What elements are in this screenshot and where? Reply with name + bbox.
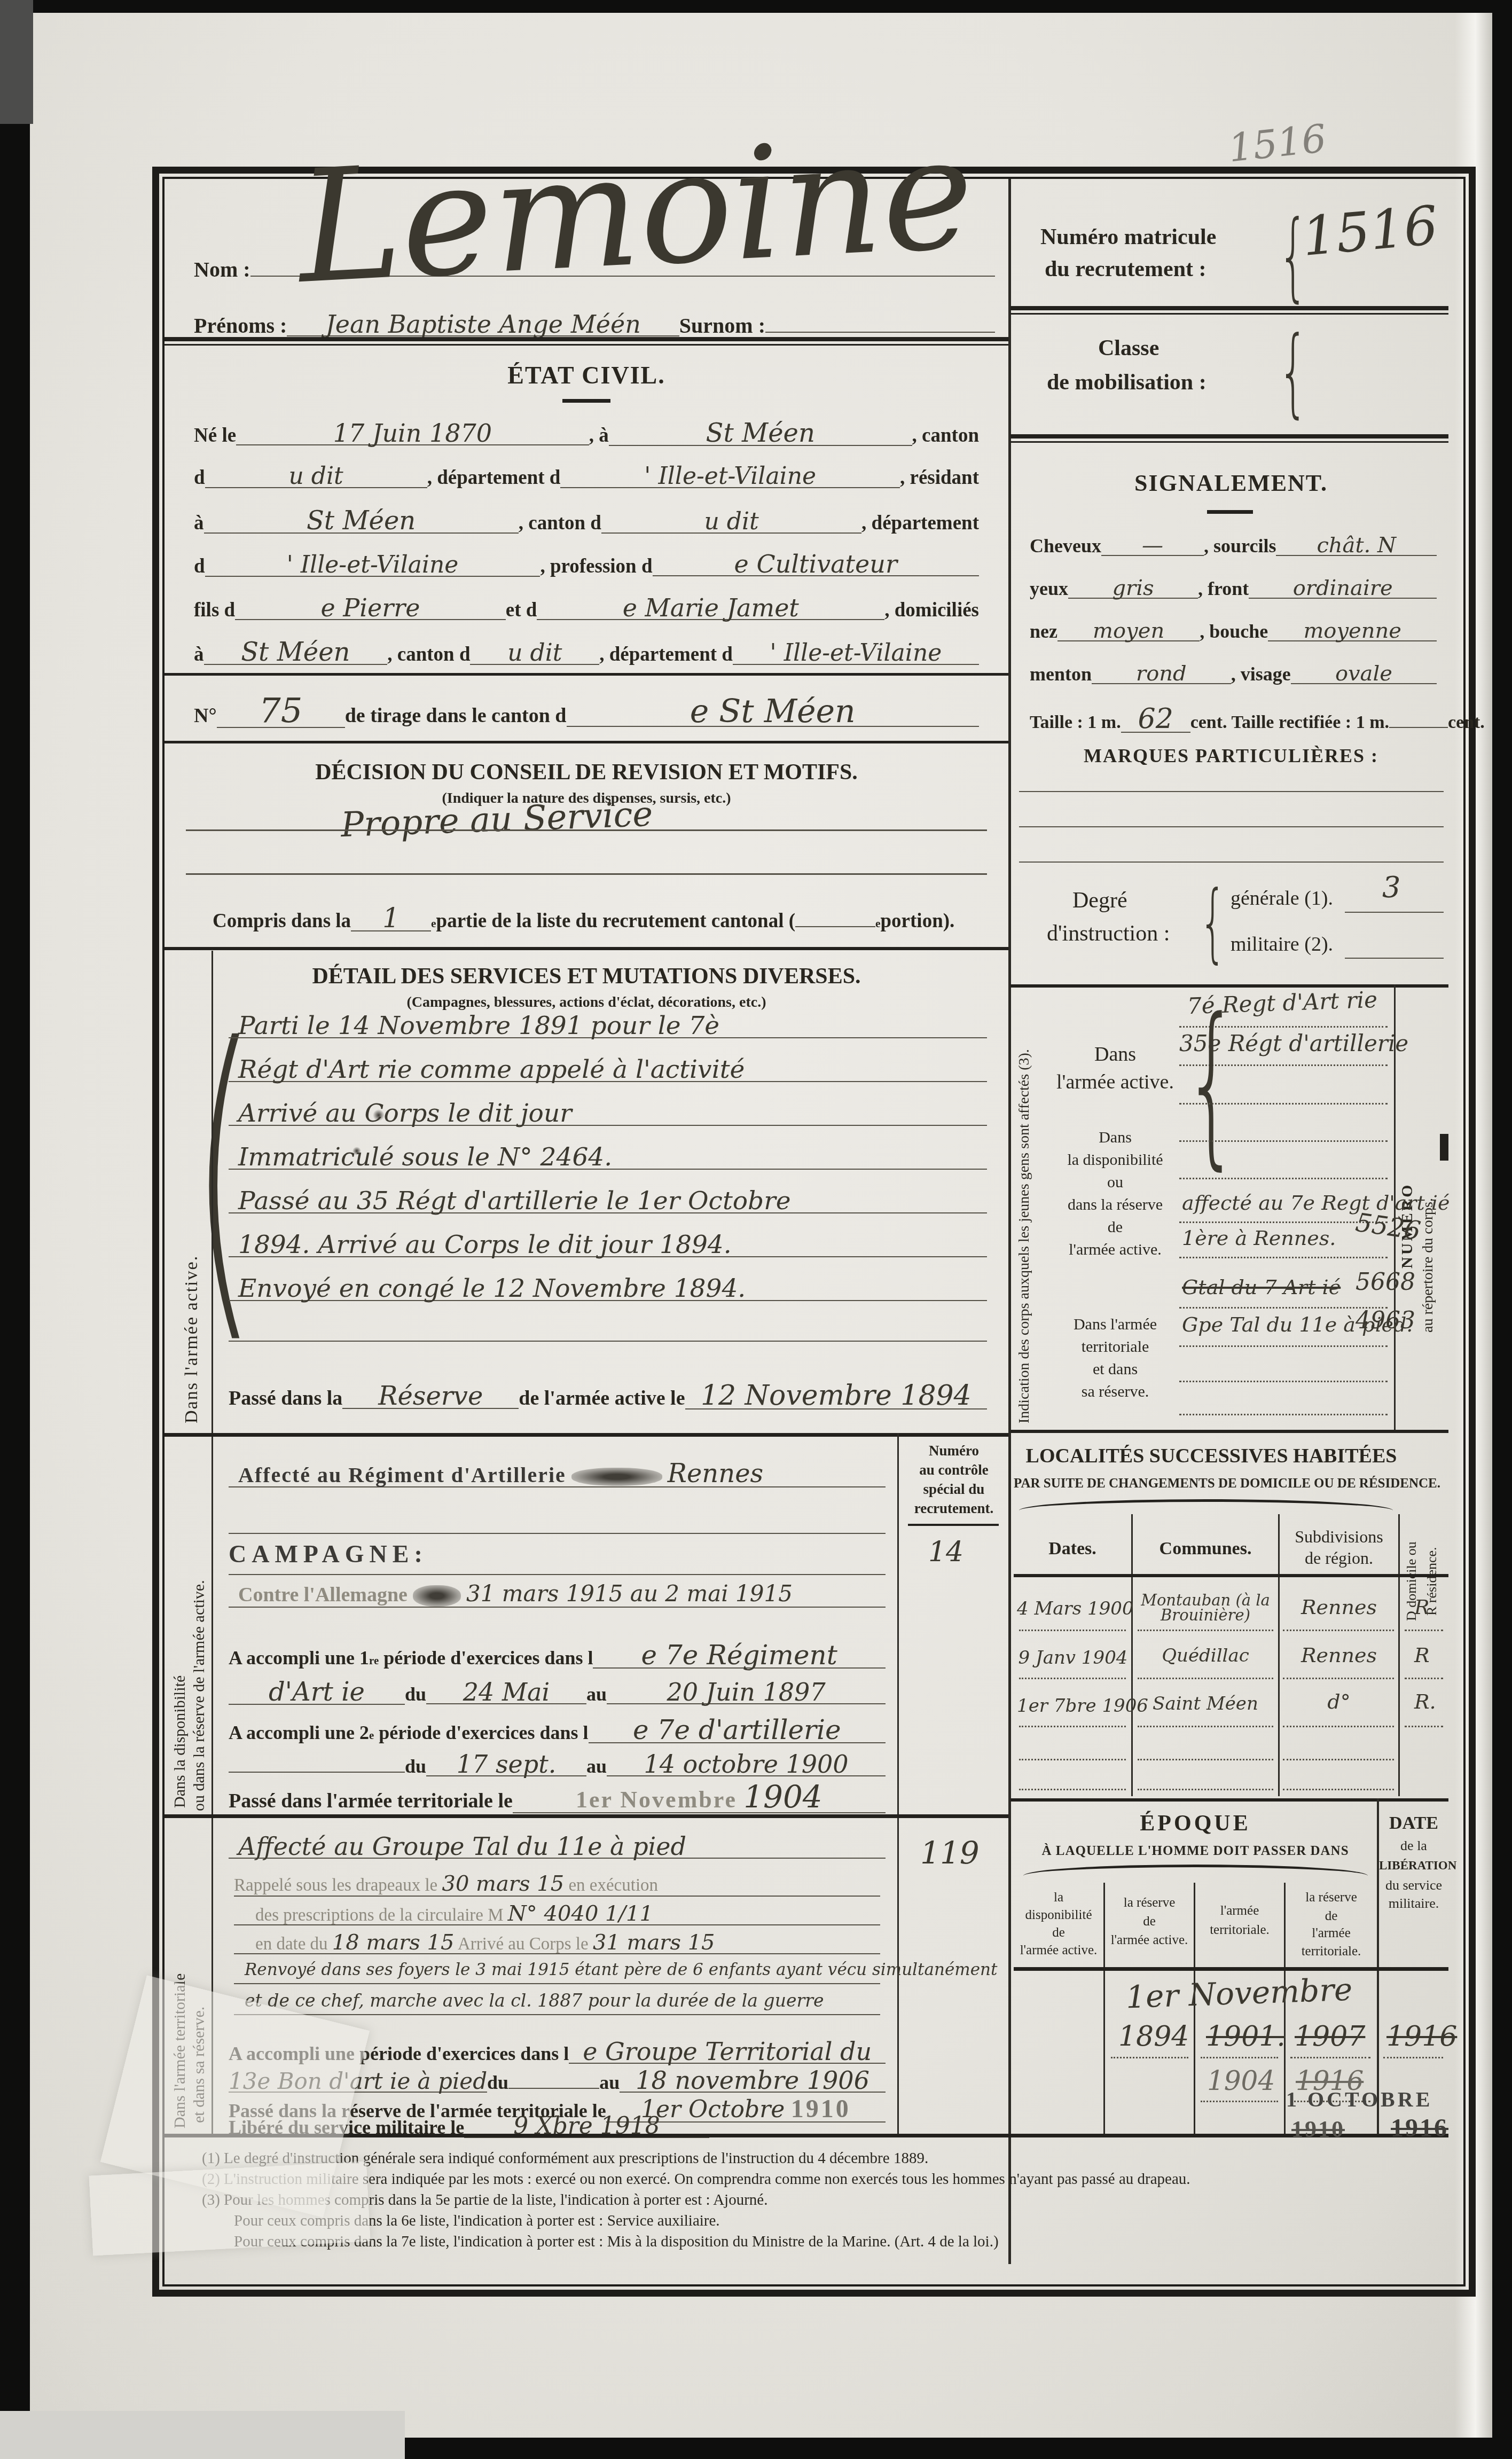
writing-line: [1019, 862, 1444, 863]
ec-line-3: à St Méen , canton d u dit , département: [194, 510, 979, 534]
tirage-number: 75: [217, 696, 345, 728]
label: , canton d: [387, 645, 470, 664]
date-col-3: LIBÉRATION: [1379, 1859, 1448, 1871]
degre-label-1: Degré: [1072, 889, 1127, 912]
ink-spot: [352, 1147, 361, 1155]
date-col-1: DATE: [1379, 1814, 1448, 1832]
prenoms-label: Prénoms :: [194, 315, 287, 336]
form-inner: Lemoine Nom : Prénoms : Jean Baptiste An…: [162, 177, 1466, 2286]
col-dates: Dates.: [1014, 1540, 1131, 1558]
loc-row-subdiv: Rennes: [1281, 1645, 1397, 1665]
label: A accompli une 1: [229, 1648, 369, 1667]
service-line: Régt d'Art rie comme appelé à l'activité: [229, 1059, 987, 1082]
affectation-terr-row: Affecté au Groupe Tal du 11e à pied: [229, 1836, 886, 1859]
label: Taille : 1 m.: [1030, 714, 1121, 732]
liste-partie-value: 1: [351, 906, 431, 931]
label: Compris dans la: [213, 911, 351, 931]
periode1-debut: 24 Mai: [426, 1681, 586, 1704]
epoque-col4: la réserve: [1286, 1891, 1377, 1904]
dotted-line: [1290, 2057, 1370, 2058]
stamp-1916: 1916: [1391, 2116, 1448, 2141]
service-line: Parti le 14 Novembre 1891 pour le 7è: [229, 1015, 987, 1038]
canton-value: u dit: [205, 466, 427, 488]
loc-row-commune: Saint Méen: [1135, 1695, 1275, 1713]
dotted-line: [1383, 2057, 1443, 2058]
brace-arc: [1023, 1865, 1368, 1876]
dotted-line: [1111, 2057, 1188, 2058]
dotted-line: [1179, 1414, 1388, 1415]
controle-column-line: [897, 1433, 899, 2134]
corps-dispo-value-2: 1ère à Rennes.: [1182, 1228, 1336, 1248]
ec-line-4: d ' Ille-et-Vilaine , profession d e Cul…: [194, 553, 979, 577]
col-subdiv-1: Subdivisions: [1280, 1528, 1398, 1545]
corps-terr-number-2: 4963: [1356, 1309, 1415, 1333]
label: yeux: [1030, 579, 1068, 598]
writing-line: [1345, 958, 1444, 959]
label: Né le: [194, 426, 236, 445]
service-text: Arrivé au Corps le dit jour: [229, 1102, 987, 1126]
repertoire-header-2: au répertoire du corps.: [1421, 1198, 1436, 1333]
stamp-year: 1910: [791, 2095, 851, 2123]
epoque-nov-value: 1er Novembre: [1125, 1974, 1353, 2013]
matricule-label-1: Numéro matricule: [1040, 226, 1216, 248]
sig-row-menton: menton rond , visage ovale: [1030, 664, 1437, 684]
sourcils-value: chât. N: [1276, 536, 1437, 556]
rule: [164, 1814, 1008, 1818]
title-dash: [1207, 510, 1253, 514]
epoque-1916-struck: 1916: [1386, 2023, 1457, 2050]
col-communes: Communes.: [1133, 1540, 1278, 1558]
label: période d'exercices dans l: [379, 1648, 593, 1667]
label: , à: [589, 426, 609, 445]
label: et d: [506, 600, 537, 620]
tirage-row: N° 75 de tirage dans le canton d e St Mé…: [194, 696, 979, 728]
epoque-col1: de: [1014, 1926, 1103, 1939]
label: de l'armée active le: [519, 1388, 685, 1408]
corps-dispo-label: ou: [1054, 1174, 1177, 1191]
label: du: [405, 1757, 426, 1776]
sup: e: [875, 918, 881, 929]
writing-line: [234, 1983, 880, 1984]
epoque-col4: territoriale.: [1286, 1945, 1377, 1958]
label: , canton d: [519, 513, 601, 533]
surnom-line: [765, 332, 995, 333]
numero-label: N°: [194, 706, 217, 726]
epoque-col1: l'armée active.: [1014, 1944, 1103, 1957]
epoque-title: ÉPOQUE: [1014, 1812, 1377, 1835]
margin-label-dispo-1: Dans la disponibilité: [172, 1675, 188, 1808]
periode1-fin: 20 Juin 1897: [607, 1681, 886, 1704]
dotted-line: [1138, 1726, 1273, 1727]
sup: re: [369, 1655, 379, 1666]
sig-row-nez: nez moyen , bouche moyenne: [1030, 621, 1437, 641]
localites-title: LOCALITÉS SUCCESSIVES HABITÉES: [1014, 1446, 1409, 1466]
dotted-line: [1019, 1789, 1126, 1790]
label: Passé dans la: [229, 1388, 342, 1408]
ink-spot: [373, 1109, 385, 1121]
stamp-date-arrivee: en date du 18 mars 15 Arrivé au Corps le…: [255, 1932, 715, 1953]
title-dash: [562, 399, 610, 403]
service-text: Envoyé en congé le 12 Novembre 1894.: [229, 1278, 987, 1301]
loc-row-date: 9 Janv 1904: [1017, 1649, 1129, 1667]
stamp-rappele: Rappelé sous les drapeaux le 30 mars 15 …: [234, 1873, 658, 1894]
label: , département d: [599, 645, 733, 664]
loc-row-date: 1er 7bre 1906: [1017, 1697, 1129, 1715]
corps-active-label-2: l'armée active.: [1040, 1072, 1190, 1092]
taille-value: 62: [1121, 707, 1190, 733]
service-line: Passé au 35 Régt d'artillerie le 1er Oct…: [229, 1190, 987, 1213]
label: , domiciliés: [884, 600, 979, 620]
nom-label: Nom :: [194, 259, 250, 280]
controle-header-2: au contrôle: [902, 1463, 1006, 1477]
hw-date: 30 mars 15: [442, 1871, 564, 1896]
sig-row-taille: Taille : 1 m. 62 cent. Taille rectifiée …: [1030, 707, 1437, 733]
departement-value: ' Ille-et-Vilaine: [733, 643, 979, 665]
controle-number: 119: [920, 1837, 980, 1868]
label: du: [405, 1685, 426, 1704]
surname-script: Lemoine: [294, 116, 977, 306]
dotted-line: [1179, 1381, 1388, 1382]
ec-line-6: à St Méen , canton d u dit , département…: [194, 641, 979, 665]
dotted-line: [1138, 1678, 1273, 1679]
epoque-1907-struck: 1907: [1295, 2023, 1365, 2050]
dotted-line: [1201, 2101, 1278, 2102]
brace-icon: {: [1278, 324, 1309, 420]
corps-terr-label: et dans: [1048, 1361, 1182, 1377]
stamp-text: en date du: [255, 1935, 328, 1954]
epoque-1901-struck: 1901.: [1206, 2023, 1286, 2050]
domicile-value: St Méen: [204, 641, 388, 665]
corps-terr-number-1: 5668: [1356, 1271, 1415, 1294]
epoque-col3: l'armée: [1195, 1904, 1284, 1917]
dotted-line: [1283, 1630, 1394, 1631]
periode1-dates-row: d'Art ie du 24 Mai au 20 Juin 1897: [229, 1681, 886, 1705]
label: Passé dans l'armée territoriale le: [229, 1791, 513, 1811]
label: au: [599, 2073, 620, 2092]
rule: [1010, 1798, 1448, 1802]
writing-line: [229, 1533, 886, 1534]
label: A accompli une 2: [229, 1723, 369, 1742]
writing-line: [229, 1341, 987, 1342]
periode1-corps: e 7e Régiment: [593, 1643, 886, 1669]
stamp-text: des prescriptions de la circulaire M: [255, 1906, 504, 1925]
periode2-row: A accompli une 2 e période d'exercices d…: [229, 1718, 886, 1743]
label: fils d: [194, 600, 235, 620]
mother-name: e Marie Jamet: [537, 597, 884, 620]
passe-territoriale-row: Passé dans l'armée territoriale le 1er N…: [229, 1781, 886, 1813]
dotted-line: [1019, 1726, 1126, 1727]
canton-value: u dit: [470, 643, 599, 665]
campagne-label: CAMPAGNE:: [229, 1542, 428, 1567]
corps-dispo-label: de: [1054, 1219, 1177, 1235]
writing-line: [186, 873, 987, 875]
departement-value: ' Ille-et-Vilaine: [205, 554, 540, 577]
loc-row-date: 4 Mars 1900: [1017, 1600, 1129, 1618]
prenoms-value: Jean Baptiste Ange Méén: [287, 314, 679, 336]
sig-row-yeux: yeux gris , front ordinaire: [1030, 578, 1437, 599]
stamp-text: Arrivé au Corps le: [458, 1935, 589, 1954]
corps-margin-label: Indication des corps auxquels les jeunes…: [1017, 1049, 1032, 1423]
decision-value: Propre au Service: [340, 797, 653, 842]
ink-smudge: [413, 1585, 461, 1607]
page-edge-bottom-left: [0, 2411, 405, 2459]
service-text: Régt d'Art rie comme appelé à l'activité: [229, 1059, 987, 1082]
label: du: [487, 2073, 508, 2092]
rule: [164, 947, 1008, 950]
service-text: Immatriculé sous le N° 2464.: [229, 1146, 987, 1170]
epoque-col1: la: [1014, 1891, 1103, 1904]
double-rule: [1010, 306, 1448, 315]
dotted-line: [1019, 1630, 1126, 1631]
corps-dispo-label: la disponibilité: [1054, 1152, 1177, 1168]
center-divider: [1008, 179, 1011, 2264]
dotted-line: [1179, 1345, 1388, 1347]
margin-label-dispo-2: ou dans la réserve de l'armée active.: [191, 1580, 207, 1811]
blank: [1389, 727, 1448, 728]
margin-column-line: [211, 951, 213, 2134]
dotted-line: [1405, 1630, 1443, 1631]
label: Cheveux: [1030, 536, 1101, 555]
label: , sourcils: [1204, 536, 1276, 555]
label: , visage: [1231, 664, 1291, 684]
decision-title: DÉCISION DU CONSEIL DE REVISION ET MOTIF…: [164, 761, 1008, 784]
departement-value: ' Ille-et-Vilaine: [560, 466, 900, 488]
campagne-dates: 31 mars 1915 au 2 mai 1915: [466, 1580, 793, 1607]
label: , département d: [427, 468, 561, 488]
ec-line-5: fils d e Pierre et d e Marie Jamet , dom…: [194, 597, 979, 620]
rule: [164, 741, 1008, 743]
degre-label-2: d'instruction :: [1047, 922, 1170, 945]
dotted-line: [1201, 2057, 1278, 2058]
marques-title: MARQUES PARTICULIÈRES :: [1014, 746, 1448, 765]
menton-value: rond: [1092, 664, 1231, 684]
loc-row-dr: R: [1414, 1597, 1430, 1617]
rule: [164, 1433, 1008, 1437]
portion-line: [795, 926, 875, 927]
matricule-number: 1516: [1300, 199, 1440, 264]
writing-line: [234, 1896, 880, 1897]
affectation-stamp: Affecté au Régiment d'Artillerie: [238, 1463, 566, 1487]
dotted-line: [1283, 1678, 1394, 1679]
label: menton: [1030, 664, 1092, 684]
controle-header-4: recrutement.: [902, 1501, 1006, 1516]
signalement-title: SIGNALEMENT.: [1014, 472, 1448, 495]
table-header-rule: [1014, 1574, 1448, 1577]
controle-header-3: spécial du: [902, 1482, 1006, 1497]
double-rule: [164, 337, 1008, 346]
classe-label-1: Classe: [1098, 337, 1159, 359]
surnom-label: Surnom :: [679, 315, 765, 336]
form-border: Lemoine Nom : Prénoms : Jean Baptiste An…: [152, 167, 1476, 2297]
tirage-canton: e St Méen: [567, 697, 980, 727]
periode1-arme: d'Art ie: [229, 1681, 405, 1705]
dotted-line: [1019, 1678, 1126, 1679]
writing-line: [1019, 826, 1444, 827]
dotted-line: [1179, 1103, 1388, 1105]
corps-terr-label: sa réserve.: [1048, 1384, 1182, 1400]
double-rule: [1010, 434, 1448, 443]
ec-line-2: d u dit , département d ' Ille-et-Vilain…: [194, 466, 979, 488]
stamp-text: Rappelé sous les drapeaux le: [234, 1876, 437, 1895]
writing-line: [234, 1924, 880, 1925]
periode-terr-fin: 18 novembre 1906: [620, 2070, 886, 2093]
label: , bouche: [1200, 622, 1268, 641]
periode1-row: A accompli une 1 re période d'exercices …: [229, 1643, 886, 1669]
label: d: [194, 557, 205, 576]
epoque-col1: disponibilité: [1014, 1908, 1103, 1922]
service-line: Immatriculé sous le N° 2464.: [229, 1146, 987, 1170]
brace-arc: [1019, 1499, 1393, 1510]
writing-line: [234, 2014, 880, 2015]
service-line: Arrivé au Corps le dit jour: [229, 1102, 987, 1126]
dotted-line: [1283, 1789, 1394, 1790]
col-subdiv-2: de région.: [1280, 1549, 1398, 1567]
territoriale-date-stamp: 1er Novembre: [576, 1787, 737, 1813]
matricule-label-2: du recrutement :: [1045, 258, 1206, 280]
father-name: e Pierre: [235, 597, 506, 620]
footnote-text: L'instruction militaire sera indiquée pa…: [224, 2171, 1190, 2188]
birth-date: 17 Juin 1870: [236, 422, 589, 445]
epoque-col2: de: [1105, 1915, 1194, 1928]
label: d: [194, 468, 205, 488]
writing-line: [186, 829, 987, 831]
label: portion).: [881, 911, 955, 931]
loc-row-subdiv: d°: [1281, 1691, 1397, 1712]
writing-line: [1345, 912, 1444, 913]
label: , département: [861, 513, 979, 533]
sup: e: [431, 918, 436, 929]
label: , profession d: [540, 557, 652, 576]
birth-place: St Méen: [609, 422, 912, 446]
label: nez: [1030, 622, 1057, 641]
dotted-line: [1405, 1726, 1443, 1727]
date-col-5: militaire.: [1379, 1897, 1448, 1910]
hw-renvoye: Renvoyé dans ses foyers le 3 mai 1915 ét…: [245, 1962, 997, 1978]
controle-header-1: Numéro: [902, 1444, 1006, 1458]
periode2-fin: 14 octobre 1900: [607, 1753, 886, 1776]
cheveux-value: —: [1101, 536, 1204, 556]
services-title: DÉTAIL DES SERVICES ET MUTATIONS DIVERSE…: [164, 965, 1008, 988]
table-header-rule: [1014, 1967, 1448, 1971]
blank: [229, 1772, 405, 1773]
campagne-enemy-stamp: Contre l'Allemagne: [238, 1584, 408, 1606]
residence-value: St Méen: [204, 510, 519, 534]
corps-terr-label: territoriale: [1048, 1339, 1182, 1355]
service-text: Passé au 35 Régt d'artillerie le 1er Oct…: [229, 1190, 987, 1213]
label: cent.: [1448, 714, 1485, 732]
rule: [164, 673, 1008, 676]
canton-value: u dit: [601, 511, 861, 534]
service-line: Envoyé en congé le 12 Novembre 1894.: [229, 1278, 987, 1301]
corps-terr-label: Dans l'armée: [1048, 1317, 1182, 1333]
label: , front: [1198, 579, 1249, 598]
epoque-col4: de: [1286, 1909, 1377, 1923]
label: période d'exercices dans l: [374, 1723, 588, 1742]
label: , résidant: [900, 468, 979, 488]
repair-tape: [89, 2161, 370, 2256]
etat-civil-title: ÉTAT CIVIL.: [164, 363, 1008, 388]
dotted-line: [1283, 1726, 1394, 1727]
corps-dispo-value-1: affecté au 7e Regt d'art ié: [1182, 1193, 1450, 1213]
epoque-1904: 1904: [1207, 2068, 1275, 2094]
sig-row-cheveux: Cheveux — , sourcils chât. N: [1030, 536, 1437, 556]
service-text: Parti le 14 Novembre 1891 pour le 7è: [229, 1015, 987, 1038]
corps-dispo-label: Dans: [1054, 1130, 1177, 1146]
hw-number: N° 4040 1/11: [508, 1901, 653, 1926]
stamp-1910-struck: 1910: [1291, 2118, 1345, 2141]
yeux-value: gris: [1068, 578, 1198, 599]
label: de tirage dans le canton d: [345, 706, 567, 726]
degre-militaire-label: militaire (2).: [1231, 934, 1333, 954]
services-subtitle: (Campagnes, blessures, actions d'éclat, …: [164, 995, 1008, 1010]
front-value: ordinaire: [1249, 578, 1437, 599]
date-col-2: de la: [1379, 1839, 1448, 1853]
scan-corner-shadow: [0, 0, 33, 124]
sup: e: [369, 1730, 374, 1741]
nez-value: moyen: [1057, 621, 1200, 641]
service-text: 1894. Arrivé au Corps le dit jour 1894.: [229, 1234, 987, 1257]
ink-smudge: [571, 1468, 662, 1486]
epoque-col4: l'armée: [1286, 1927, 1377, 1940]
scanned-register-page: 1516 Lemoine Nom : Prénoms : Jean Baptis…: [0, 0, 1512, 2459]
epoque-col2: l'armée active.: [1105, 1933, 1194, 1947]
classe-label-2: de mobilisation :: [1047, 371, 1207, 394]
visage-value: ovale: [1291, 664, 1437, 684]
dotted-line: [1138, 1789, 1273, 1790]
loc-row-commune: Quédillac: [1135, 1647, 1275, 1665]
reserve-date: 12 Novembre 1894: [685, 1383, 987, 1409]
date-col-4: du service: [1379, 1878, 1448, 1892]
territoriale-date-hw: 1904: [743, 1779, 822, 1815]
corps-terr-value-1-struck: Gtal du 7 Art ié: [1182, 1277, 1341, 1297]
hw-date: 31 mars 15: [593, 1930, 715, 1955]
degre-generale-value: 3: [1382, 873, 1400, 902]
localites-subtitle: PAR SUITE DE CHANGEMENTS DE DOMICILE OU …: [1014, 1477, 1409, 1490]
affectation-terr-text: Affecté au Groupe Tal du 11e à pied: [229, 1836, 886, 1859]
epoque-col3: territoriale.: [1195, 1923, 1284, 1937]
pencil-folio-number: 1516: [1227, 119, 1328, 168]
periode-terr-corps: e Groupe Territorial du: [569, 2041, 886, 2064]
rule-full-width: [164, 2134, 1448, 2137]
label: au: [586, 1685, 607, 1704]
writing-line: [234, 1953, 880, 1954]
brace-icon: {: [1199, 880, 1226, 965]
stamp-prescriptions: des prescriptions de la circulaire M N° …: [255, 1903, 653, 1924]
loc-row-dr: R.: [1414, 1691, 1436, 1712]
dotted-line: [1179, 1178, 1388, 1179]
blank: [508, 2088, 599, 2089]
dotted-line: [1405, 1678, 1443, 1679]
loc-row-subdiv: Rennes: [1281, 1597, 1397, 1617]
loc-row-dr: R: [1414, 1645, 1430, 1665]
reserve-value: Réserve: [342, 1385, 519, 1409]
repertoire-tick: [1440, 1134, 1448, 1161]
brace-icon: {: [1184, 995, 1240, 1171]
rule: [1010, 1430, 1448, 1433]
margin-label-armee-active: Dans l'armée active.: [183, 1255, 201, 1423]
dotted-line: [1138, 1759, 1273, 1760]
hw-date: 18 mars 15: [332, 1930, 455, 1955]
affectation-place: Rennes: [668, 1459, 763, 1489]
corps-dispo-label: l'armée active.: [1054, 1242, 1177, 1258]
corps-dispo-number: 5526: [1354, 1210, 1422, 1244]
writing-line: [1019, 791, 1444, 792]
affectation-row: Affecté au Régiment d'ArtillerieRennes: [229, 1461, 886, 1487]
hw-classe-1887: et de ce chef, marche avec la cl. 1887 p…: [245, 1992, 824, 2009]
label: cent. Taille rectifiée : 1 m.: [1190, 714, 1389, 732]
periode2-debut: 17 sept.: [426, 1753, 586, 1776]
corps-dispo-label: dans la réserve: [1054, 1197, 1177, 1213]
